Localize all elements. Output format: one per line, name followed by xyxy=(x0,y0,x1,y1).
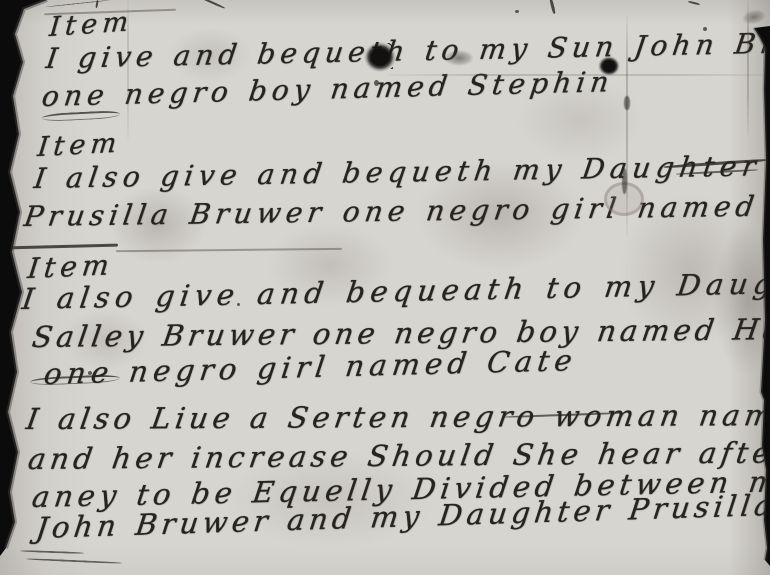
crease-ink-mark xyxy=(622,168,627,194)
ink-speck xyxy=(88,371,92,375)
manuscript-line-text: I also give and bequeth my Daughter xyxy=(32,149,763,195)
manuscript-line-item2-1: I also give and bequeth my DaughterPrus xyxy=(32,148,770,195)
ink-speck xyxy=(703,27,707,31)
ink-blot xyxy=(598,56,620,76)
ink-speck xyxy=(237,303,240,306)
torn-edge-left xyxy=(0,0,60,575)
manuscript-line-item3-1: I also give and bequeath to my Daughter xyxy=(20,264,770,316)
fold-crease-vertical xyxy=(127,0,129,140)
manuscript-page: Item I give and bequeth to my Sun John B… xyxy=(0,0,770,575)
ink-speck xyxy=(515,10,519,13)
ink-drip xyxy=(374,80,379,86)
manuscript-line-item2-2: Prusilla Bruwer one negro girl named Cla… xyxy=(22,188,770,233)
crease-ink-mark xyxy=(624,96,630,110)
ink-smudge xyxy=(444,50,474,66)
cutoff-pen-stroke xyxy=(688,1,700,6)
manuscript-line-closing-1: I also Liue a Serten negro woman named A… xyxy=(24,397,770,436)
item-heading-1: Item xyxy=(48,6,135,43)
torn-edge-right xyxy=(740,0,770,575)
cutoff-pen-stroke xyxy=(549,0,555,14)
ink-blot xyxy=(364,42,396,72)
cutoff-pen-stroke xyxy=(197,0,225,9)
fold-crease-vertical xyxy=(626,16,628,236)
manuscript-line-item1-1: I give and bequeth to my Sun John Bruwer xyxy=(44,25,770,75)
fold-crease-horizontal xyxy=(388,74,770,76)
separator-stroke xyxy=(116,248,342,252)
